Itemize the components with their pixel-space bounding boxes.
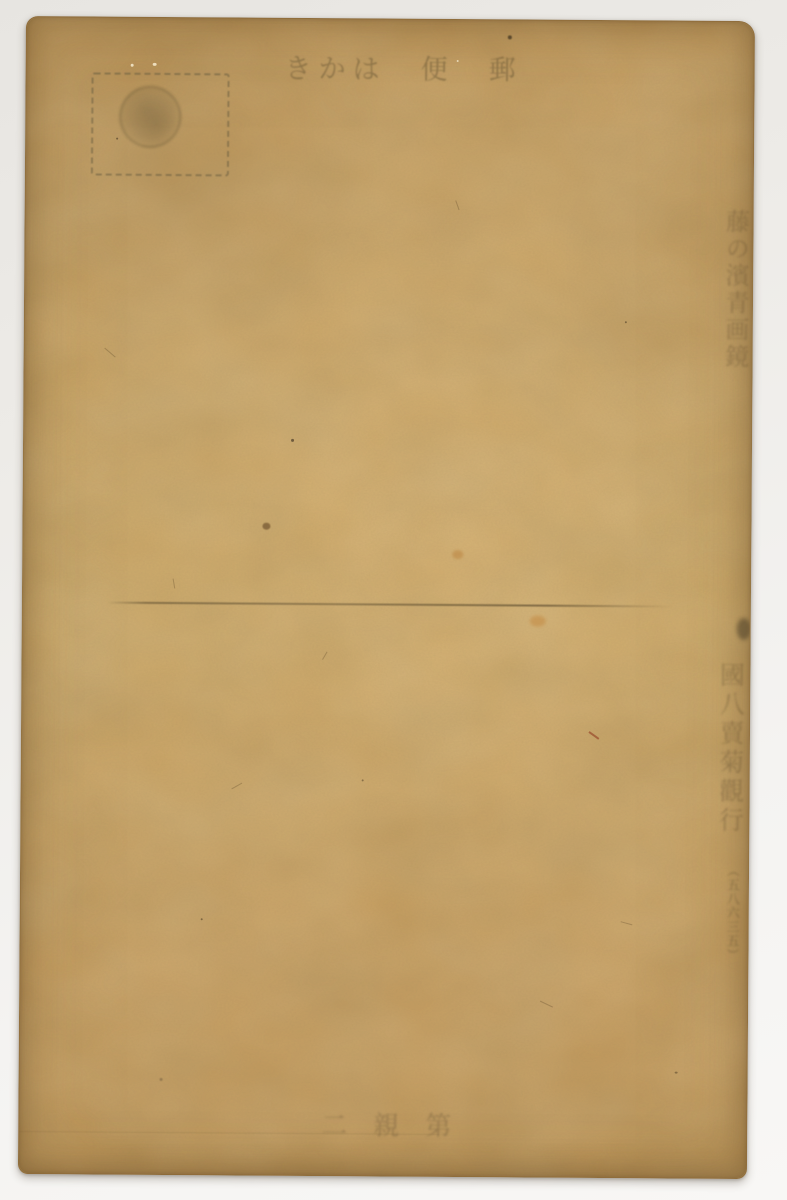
speck [457, 60, 459, 62]
stain [530, 616, 546, 627]
speck [160, 1078, 163, 1081]
speck [675, 1072, 678, 1074]
speck [625, 321, 627, 323]
stain [737, 618, 751, 640]
paper-fiber [231, 783, 242, 790]
paper-fiber [588, 731, 599, 740]
speck [131, 64, 134, 67]
speck [153, 63, 157, 66]
stain [262, 523, 270, 530]
speck [201, 918, 203, 920]
paper-fiber [104, 348, 115, 358]
speck [116, 138, 118, 140]
paper-fiber [621, 921, 633, 925]
stain [452, 550, 463, 559]
speck [362, 779, 364, 781]
paper-fiber [322, 652, 327, 660]
right-caption-bottom: 國八賣菊觀行 [711, 662, 748, 836]
speck [291, 439, 294, 442]
catalog-number: （五八六三五） [722, 864, 742, 962]
edge-wear-vignette [19, 17, 754, 1178]
paper-fiber [455, 200, 459, 210]
right-caption-top: 藤の濱青画鏡 [717, 209, 753, 371]
paper-fiber [540, 1001, 553, 1008]
address-divider-line [107, 602, 673, 608]
postcard: きかは 便 郵 藤の濱青画鏡 國八賣菊觀行 （五八六三五） 二親第 [18, 16, 755, 1179]
paper-fiber [173, 578, 176, 588]
speck [508, 35, 512, 39]
paper-grain-texture [19, 17, 754, 1178]
photo-background: きかは 便 郵 藤の濱青画鏡 國八賣菊觀行 （五八六三五） 二親第 [0, 0, 787, 1200]
postcard-title-text: きかは 便 郵 [285, 47, 523, 88]
bottom-caption: 二親第 [321, 1105, 477, 1143]
postmark-stamp-icon [119, 86, 181, 148]
